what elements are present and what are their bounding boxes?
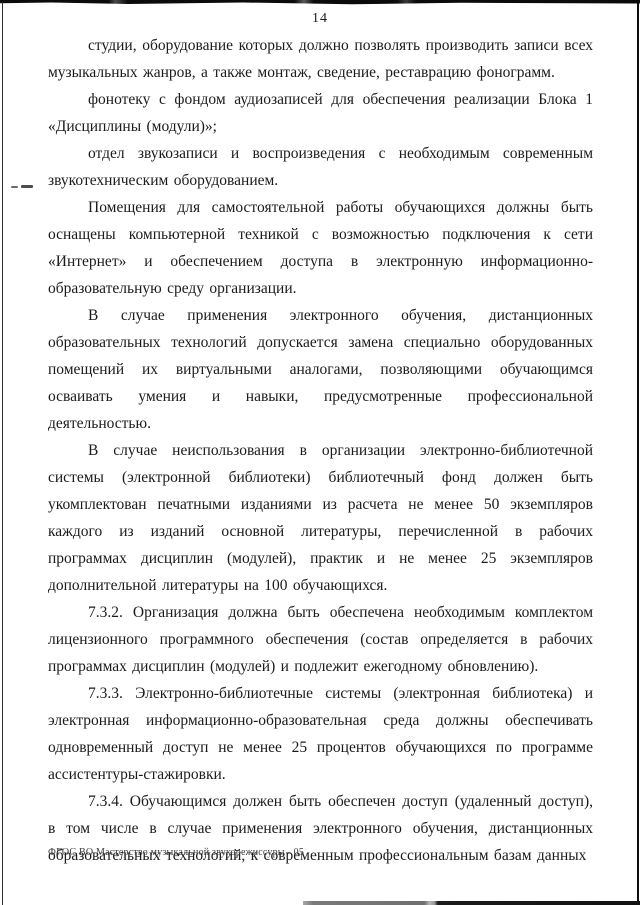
- page-footer: ФГОС ВО Мастерство музыкальной звукорежи…: [48, 847, 304, 858]
- paragraph-7-3-3: 7.3.3. Электронно-библиотечные системы (…: [48, 680, 593, 788]
- page-number: 14: [0, 11, 640, 27]
- scan-artifact-left-edge: [2, 2, 3, 905]
- document-body: студии, оборудование которых должно позв…: [48, 32, 593, 869]
- paragraph-self-study-rooms: Помещения для самостоятельной работы обу…: [48, 194, 593, 302]
- scan-artifact-top-edge: [0, 0, 640, 5]
- scanned-document-page: 14 студии, оборудование которых должно п…: [0, 0, 640, 905]
- scan-smudge-mark: [11, 186, 18, 188]
- scan-artifact-right-edge: [637, 0, 639, 905]
- scan-artifact-bottom-edge: [303, 901, 640, 905]
- paragraph-7-3-2: 7.3.2. Организация должна быть обеспечен…: [48, 599, 593, 680]
- paragraph-sound-recording-dept: отдел звукозаписи и воспроизведения с не…: [48, 140, 593, 194]
- paragraph-e-learning-virtual: В случае применения электронного обучени…: [48, 302, 593, 437]
- paragraph-library-fund: В случае неиспользования в организации э…: [48, 437, 593, 599]
- paragraph-studios: студии, оборудование которых должно позв…: [48, 32, 593, 86]
- paragraph-phonoteka: фонотеку с фондом аудиозаписей для обесп…: [48, 86, 593, 140]
